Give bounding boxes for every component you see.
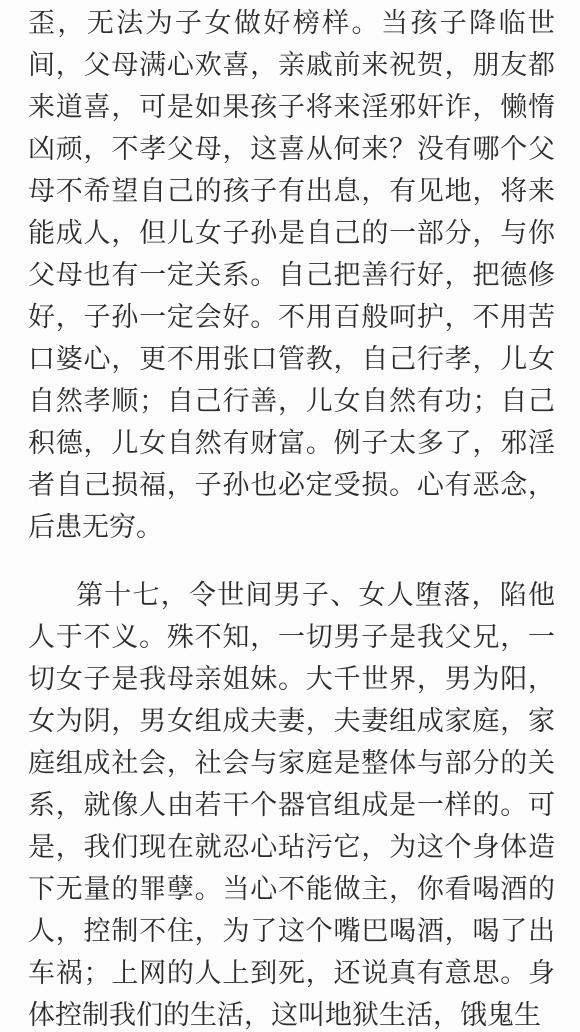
text-line: 女为阴，男女组成夫妻，夫妻组成家庭，家 [28,700,555,742]
text-line: 凶顽，不孝父母，这喜从何来？没有哪个父 [28,128,555,170]
text-line: 下无量的罪孽。当心不能做主，你看喝酒的 [28,868,555,910]
text-line: 能成人，但儿女子孙是自己的一部分，与你 [28,212,555,254]
text-line: 者自己损福，子孙也必定受损。心有恶念， [28,464,555,506]
text-line: 人，控制不住，为了这个嘴巴喝酒，喝了出 [28,910,555,952]
text-line: 车祸；上网的人上到死，还说真有意思。身 [28,952,555,994]
text-line: 父母也有一定关系。自己把善行好，把德修 [28,254,555,296]
text-line: 系，就像人由若干个器官组成是一样的。可 [28,784,555,826]
text-line: 是，我们现在就忍心玷污它，为这个身体造 [28,826,555,868]
article-page: 歪，无法为子女做好榜样。当孩子降临世间，父母满心欢喜，亲戚前来祝贺，朋友都来道喜… [0,0,580,1032]
text-line: 后患无穷。 [28,506,555,548]
text-line: 人于不义。殊不知，一切男子是我父兄，一 [28,616,555,658]
paragraph-continuation: 歪，无法为子女做好榜样。当孩子降临世间，父母满心欢喜，亲戚前来祝贺，朋友都来道喜… [28,2,555,548]
paragraph-seventeen: 第十七，令世间男子、女人堕落，陷他人于不义。殊不知，一切男子是我父兄，一切女子是… [28,574,555,1032]
text-line: 母不希望自己的孩子有出息，有见地，将来 [28,170,555,212]
text-line: 庭组成社会，社会与家庭是整体与部分的关 [28,742,555,784]
text-line: 间，父母满心欢喜，亲戚前来祝贺，朋友都 [28,44,555,86]
text-line: 积德，儿女自然有财富。例子太多了，邪淫 [28,422,555,464]
text-line: 自然孝顺；自己行善，儿女自然有功；自己 [28,380,555,422]
text-line: 好，子孙一定会好。不用百般呵护，不用苦 [28,296,555,338]
text-line: 体控制我们的生活，这叫地狱生活，饿鬼生 [28,994,555,1032]
text-line: 歪，无法为子女做好榜样。当孩子降临世 [28,2,555,44]
text-line: 口婆心，更不用张口管教，自己行孝，儿女 [28,338,555,380]
text-line: 来道喜，可是如果孩子将来淫邪奸诈，懒惰 [28,86,555,128]
text-line: 切女子是我母亲姐妹。大千世界，男为阳， [28,658,555,700]
text-line: 第十七，令世间男子、女人堕落，陷他 [28,574,555,616]
